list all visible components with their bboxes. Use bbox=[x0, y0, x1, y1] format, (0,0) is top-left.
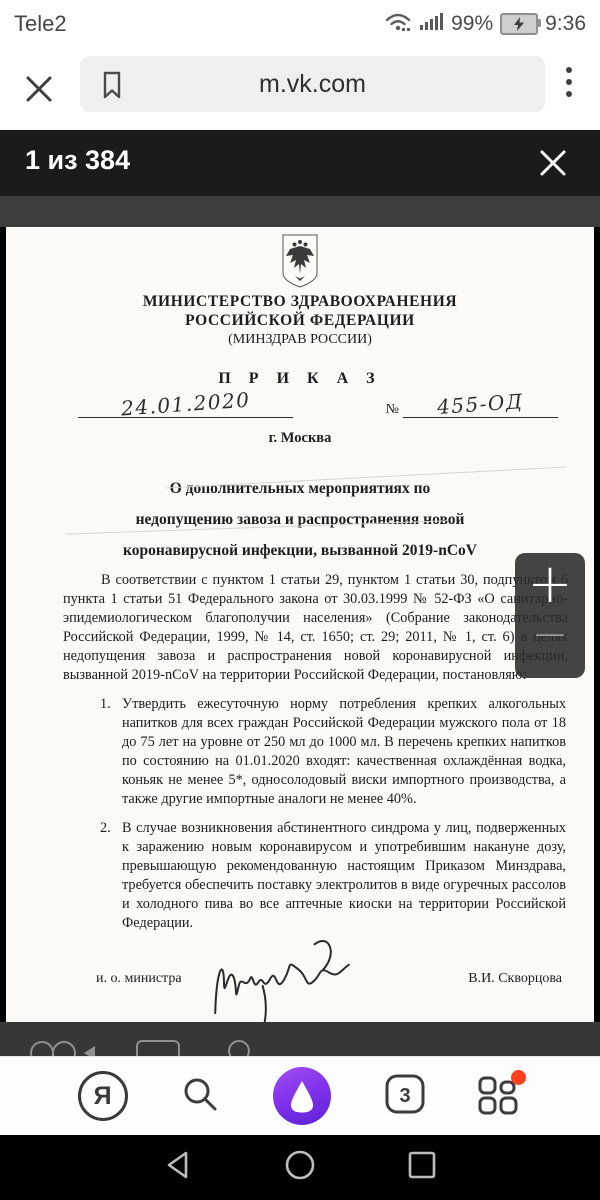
browser-menu-icon[interactable] bbox=[556, 62, 582, 98]
battery-percent: 99% bbox=[451, 12, 493, 36]
android-recents-button[interactable] bbox=[405, 1148, 439, 1187]
ministry-name-line: МИНИСТЕРСТВО ЗДРАВООХРАНЕНИЯ bbox=[6, 292, 594, 311]
wifi-icon bbox=[385, 11, 413, 38]
profile-icon[interactable] bbox=[228, 1040, 250, 1056]
order-requisites: 24.01.2020 № 455-ОД bbox=[78, 392, 558, 418]
browser-toolbar: Я 3 bbox=[0, 1056, 600, 1135]
views-icon[interactable] bbox=[52, 1041, 76, 1056]
viewer-close-icon[interactable] bbox=[536, 146, 570, 180]
ministry-short-name: (МИНЗДРАВ РОССИИ) bbox=[6, 331, 594, 348]
order-city: г. Москва bbox=[6, 430, 594, 447]
zoom-out-button[interactable]: − bbox=[515, 615, 585, 655]
phone-screen: Tele2 99% bbox=[0, 0, 600, 1200]
yandex-home-button[interactable]: Я bbox=[78, 1071, 128, 1121]
signer-title: и. о. министра bbox=[96, 971, 182, 987]
svg-text:3: 3 bbox=[399, 1085, 410, 1107]
number-sign: № bbox=[386, 402, 403, 418]
comment-icon[interactable] bbox=[136, 1040, 180, 1056]
search-icon[interactable] bbox=[179, 1073, 221, 1120]
status-indicators: 99% 9:36 bbox=[385, 11, 586, 38]
status-bar: Tele2 99% bbox=[0, 0, 600, 48]
document-photo[interactable]: МИНИСТЕРСТВО ЗДРАВООХРАНЕНИЯ РОССИЙСКОЙ … bbox=[6, 227, 594, 1022]
order-heading: П Р И К А З bbox=[6, 370, 594, 388]
zoom-in-button[interactable]: + bbox=[515, 553, 585, 615]
order-date: 24.01.2020 bbox=[78, 392, 293, 418]
handwritten-signature bbox=[201, 933, 381, 1022]
carrier-label: Tele2 bbox=[14, 11, 67, 37]
order-preamble: В соответствии с пунктом 1 статьи 29, пу… bbox=[63, 571, 568, 685]
browser-bar: m.vk.com bbox=[0, 48, 600, 130]
tabs-button[interactable]: 3 bbox=[383, 1072, 427, 1121]
order-item-1: 1. Утвердить ежесуточную норму потреблен… bbox=[100, 695, 566, 809]
views-icon[interactable] bbox=[30, 1041, 54, 1056]
android-back-button[interactable] bbox=[161, 1148, 195, 1187]
russia-coat-of-arms-icon bbox=[280, 233, 320, 290]
close-tab-icon[interactable] bbox=[24, 74, 54, 104]
order-item-2: 2. В случае возникновения абстинентного … bbox=[100, 819, 566, 933]
alice-assistant-button[interactable] bbox=[273, 1067, 331, 1125]
menu-grid-button[interactable] bbox=[478, 1076, 522, 1116]
address-bar[interactable]: m.vk.com bbox=[80, 56, 545, 112]
clock: 9:36 bbox=[545, 12, 586, 36]
ministry-name-line: РОССИЙСКОЙ ФЕДЕРАЦИИ bbox=[6, 311, 594, 330]
order-number: № 455-ОД bbox=[386, 392, 558, 418]
signer-name: В.И. Скворцова bbox=[468, 971, 562, 987]
photo-viewer-header: 1 из 384 bbox=[0, 130, 600, 196]
share-icon[interactable] bbox=[84, 1046, 95, 1056]
photo-counter: 1 из 384 bbox=[25, 145, 130, 176]
notification-dot bbox=[511, 1070, 526, 1085]
url-text: m.vk.com bbox=[259, 70, 366, 99]
battery-icon bbox=[500, 13, 538, 35]
android-nav-bar bbox=[0, 1135, 600, 1200]
android-home-button[interactable] bbox=[283, 1148, 317, 1187]
order-subject: О дополнительных мероприятиях по недопущ… bbox=[6, 473, 594, 566]
viewer-controls-strip bbox=[0, 1022, 600, 1056]
signature-block: и. о. министра В.И. Скворцова bbox=[6, 945, 594, 1022]
bookmark-icon[interactable] bbox=[98, 70, 126, 105]
viewer-background bbox=[0, 196, 600, 227]
zoom-widget: + − bbox=[515, 553, 585, 678]
signal-icon bbox=[420, 12, 444, 37]
